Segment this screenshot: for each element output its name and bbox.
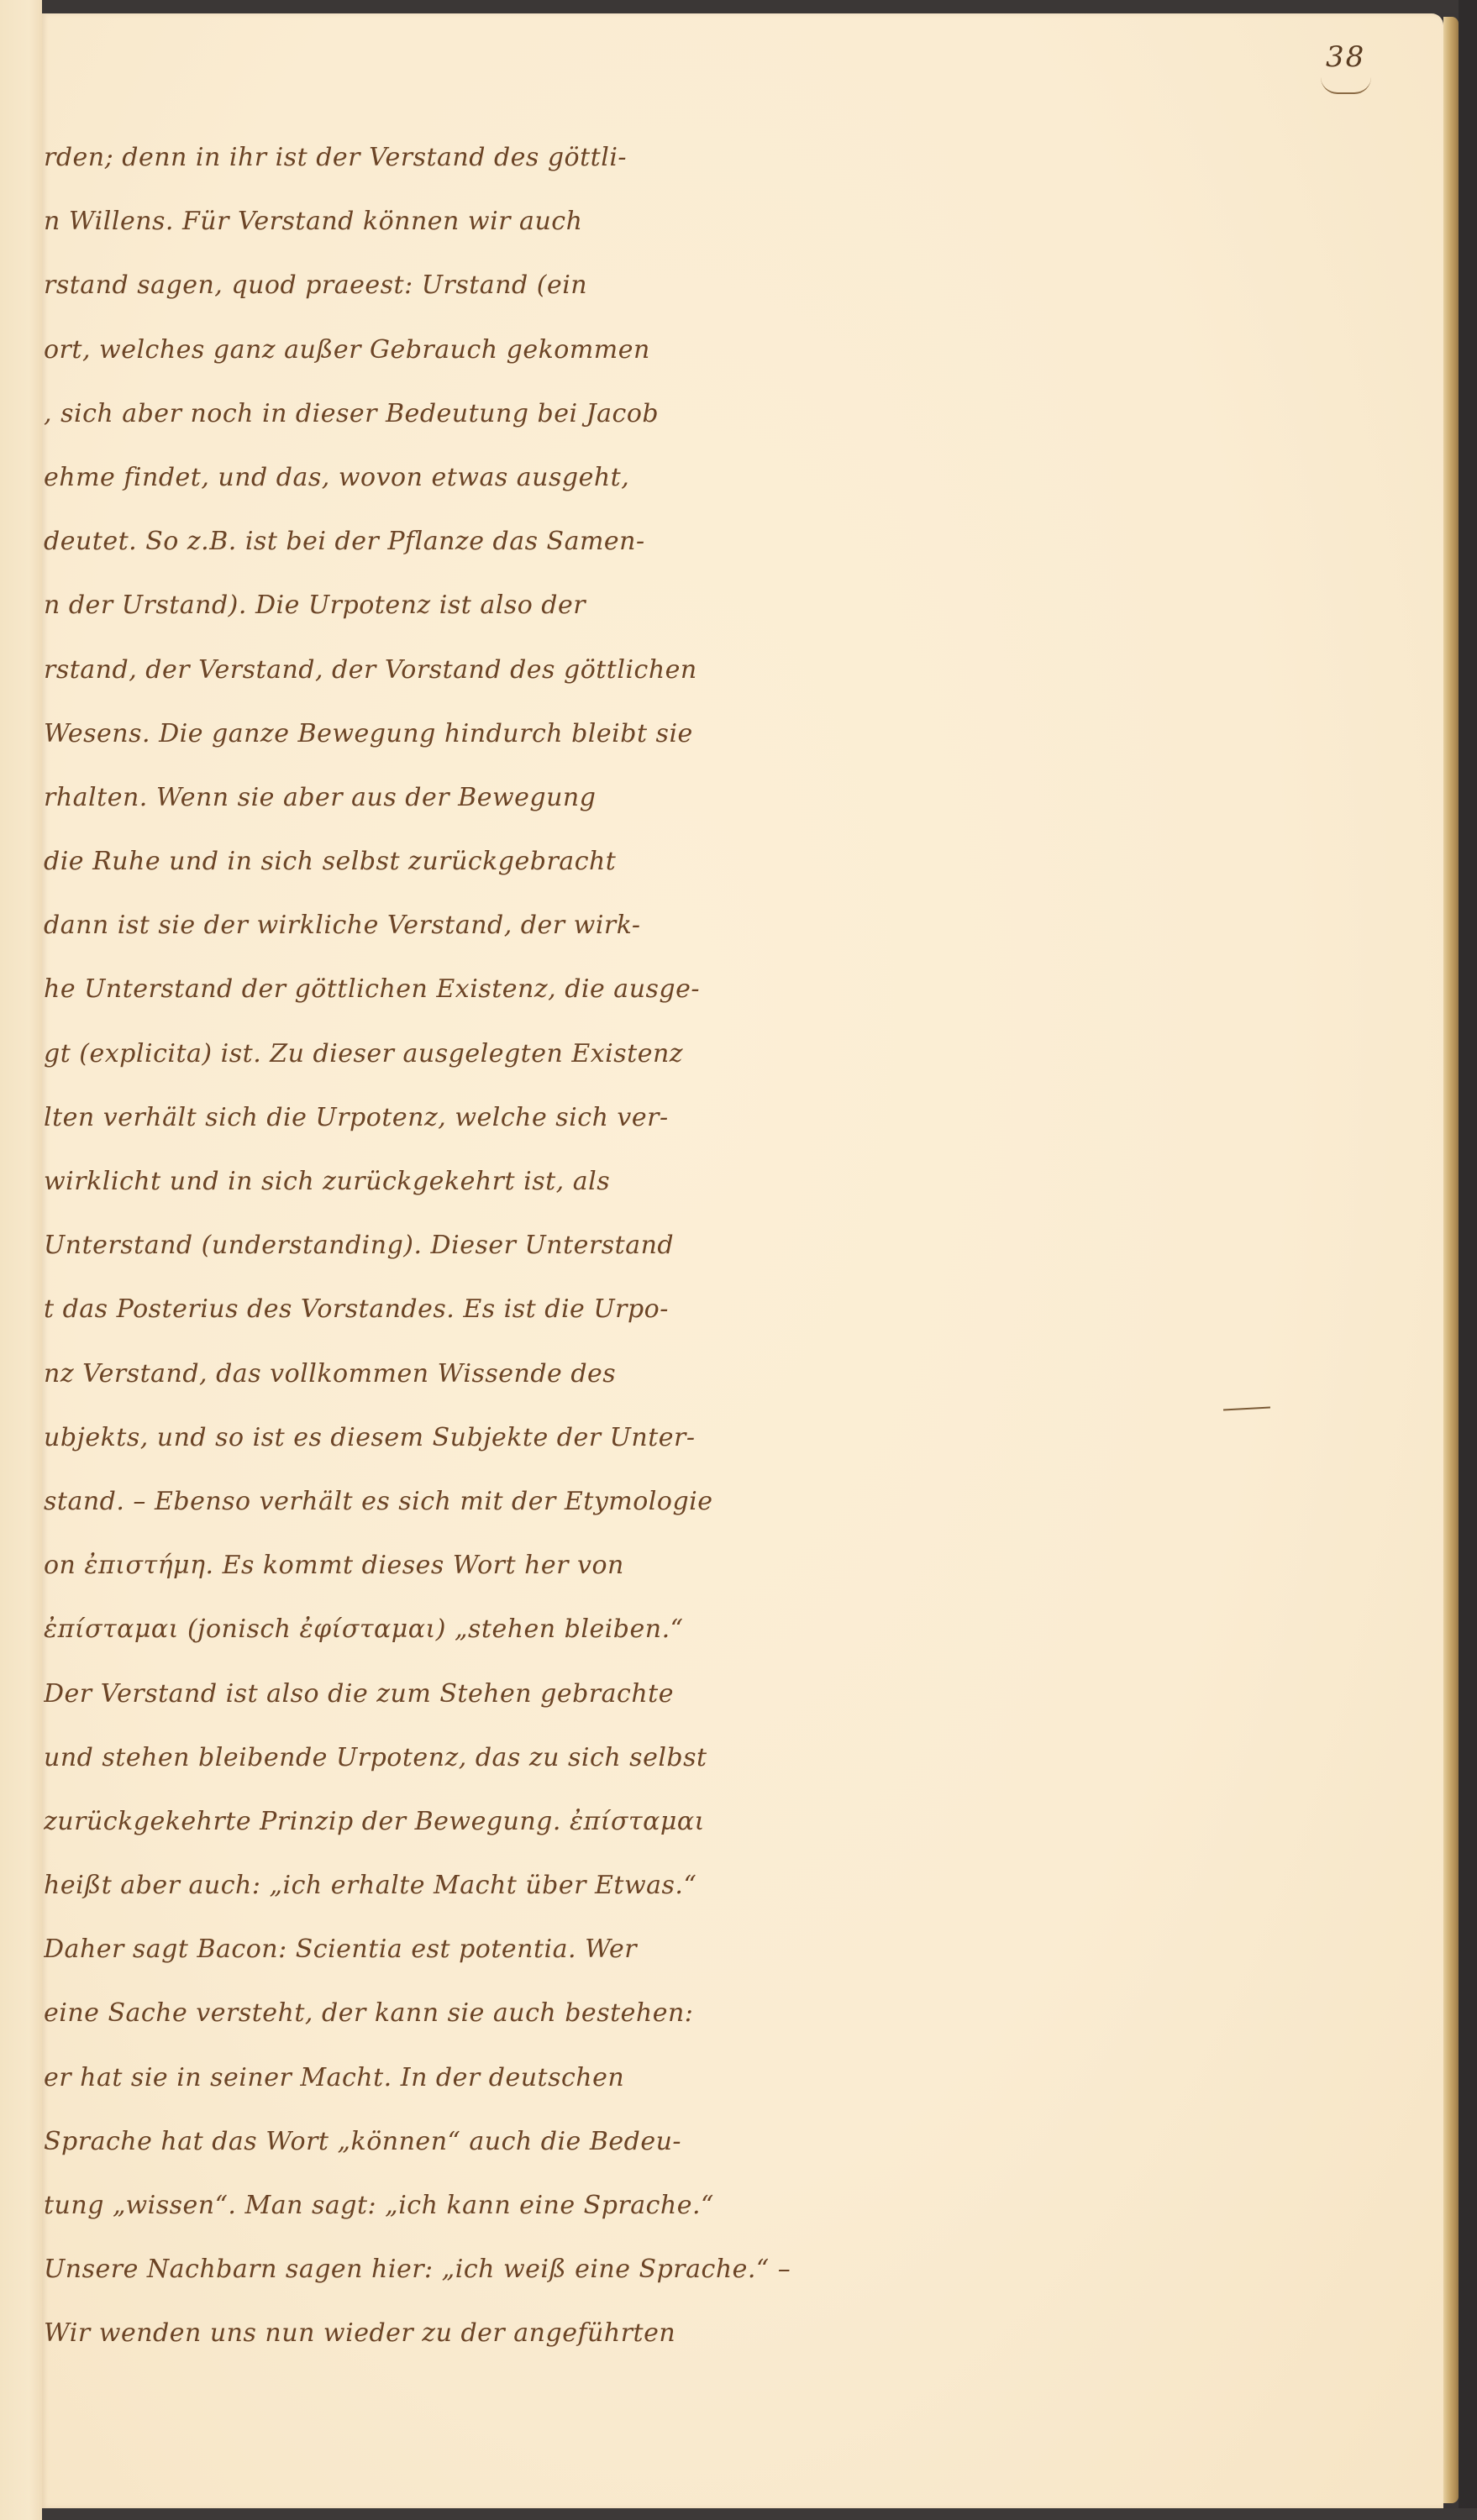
text-line: nz Verstand, das vollkommen Wissende des bbox=[44, 1342, 1304, 1406]
text-line: on ἐπιστήμη. Es kommt dieses Wort her vo… bbox=[44, 1534, 1304, 1598]
text-line: zurückgekehrte Prinzip der Bewegung. ἐπί… bbox=[44, 1790, 1304, 1854]
text-line: heißt aber auch: „ich erhalte Macht über… bbox=[44, 1854, 1304, 1918]
binding-background-right bbox=[1459, 0, 1477, 2520]
text-line: rhalten. Wenn sie aber aus der Bewegung bbox=[44, 766, 1304, 830]
text-line: he Unterstand der göttlichen Existenz, d… bbox=[44, 958, 1304, 1021]
text-line: deutet. So z.B. ist bei der Pflanze das … bbox=[44, 510, 1304, 574]
facing-page-edge bbox=[0, 0, 42, 2520]
text-line: ehme findet, und das, wovon etwas ausgeh… bbox=[44, 446, 1304, 510]
text-line: eine Sache versteht, der kann sie auch b… bbox=[44, 1982, 1304, 2045]
text-line: n Willens. Für Verstand können wir auch bbox=[44, 190, 1304, 254]
binding-background-top bbox=[42, 0, 1477, 13]
text-line: Unterstand (understanding). Dieser Unter… bbox=[44, 1214, 1304, 1278]
text-line: n der Urstand). Die Urpotenz ist also de… bbox=[44, 574, 1304, 638]
deckled-page-edge bbox=[1443, 17, 1459, 2503]
text-line: Der Verstand ist also die zum Stehen geb… bbox=[44, 1662, 1304, 1726]
text-line: , sich aber noch in dieser Bedeutung bei… bbox=[44, 382, 1304, 446]
text-line: Unsere Nachbarn sagen hier: „ich weiß ei… bbox=[44, 2238, 1304, 2302]
text-line: lten verhält sich die Urpotenz, welche s… bbox=[44, 1086, 1304, 1150]
text-line: Wesens. Die ganze Bewegung hindurch blei… bbox=[44, 702, 1304, 766]
text-line: Daher sagt Bacon: Scientia est potentia.… bbox=[44, 1918, 1304, 1982]
handwritten-text-block: rden; denn in ihr ist der Verstand des g… bbox=[44, 126, 1304, 2366]
text-line: t das Posterius des Vorstandes. Es ist d… bbox=[44, 1278, 1304, 1341]
text-line: rstand, der Verstand, der Vorstand des g… bbox=[44, 638, 1304, 702]
text-line: ort, welches ganz außer Gebrauch gekomme… bbox=[44, 318, 1304, 382]
text-line: stand. – Ebenso verhält es sich mit der … bbox=[44, 1470, 1304, 1534]
text-line: die Ruhe und in sich selbst zurückgebrac… bbox=[44, 830, 1304, 894]
text-line: er hat sie in seiner Macht. In der deuts… bbox=[44, 2046, 1304, 2110]
page-number: 38 bbox=[1326, 40, 1365, 74]
text-line: dann ist sie der wirkliche Verstand, der… bbox=[44, 894, 1304, 958]
text-line: ubjekts, und so ist es diesem Subjekte d… bbox=[44, 1406, 1304, 1470]
text-line: tung „wissen“. Man sagt: „ich kann eine … bbox=[44, 2174, 1304, 2238]
text-line: und stehen bleibende Urpotenz, das zu si… bbox=[44, 1726, 1304, 1790]
text-line: Sprache hat das Wort „können“ auch die B… bbox=[44, 2110, 1304, 2174]
binding-background-bottom bbox=[42, 2508, 1477, 2520]
text-line: rden; denn in ihr ist der Verstand des g… bbox=[44, 126, 1304, 190]
text-line: Wir wenden uns nun wieder zu der angefüh… bbox=[44, 2302, 1304, 2365]
text-line: ἐπίσταμαι (jonisch ἐφίσταμαι) „stehen bl… bbox=[44, 1598, 1304, 1662]
text-line: wirklicht und in sich zurückgekehrt ist,… bbox=[44, 1150, 1304, 1214]
text-line: rstand sagen, quod praeest: Urstand (ein bbox=[44, 254, 1304, 318]
text-line: gt (explicita) ist. Zu dieser ausgelegte… bbox=[44, 1022, 1304, 1086]
